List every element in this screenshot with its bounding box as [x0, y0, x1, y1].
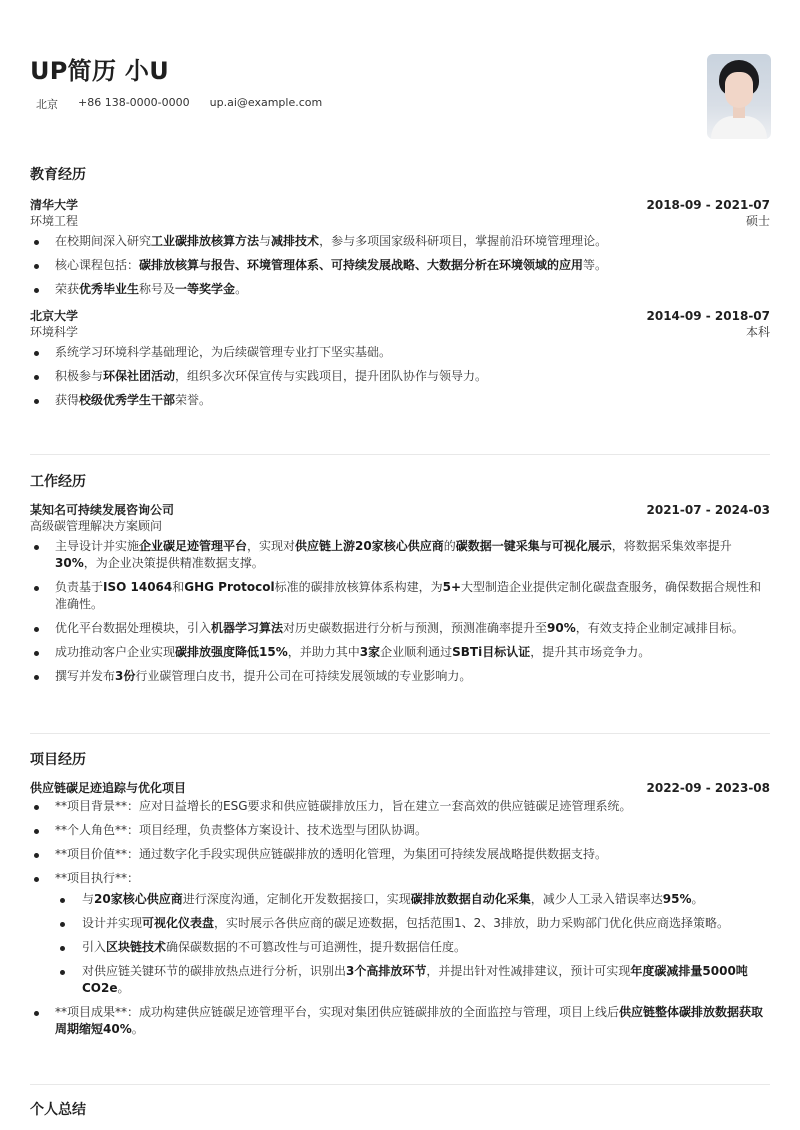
bullet-item: 成功推动客户企业实现碳排放强度降低15%，并助力其中3家企业顺利通过SBTi目标… — [30, 644, 770, 661]
location-text: 北京 — [36, 96, 58, 112]
work-section: 工作经历 某知名可持续发展咨询公司 高级碳管理解决方案顾问 2021-07 - … — [30, 472, 770, 692]
education-entry: 清华大学 环境工程 2018-09 - 2021-07 硕士 在校期间深入研究工… — [30, 197, 770, 298]
text: 优化平台数据处理模块，引入 — [55, 621, 211, 635]
text: 行业碳管理白皮书，提升公司在可持续发展领域的专业影响力。 — [135, 669, 471, 683]
project-name: 供应链碳足迹追踪与优化项目 — [30, 780, 186, 796]
text: ，将数据采集效率提升 — [612, 539, 732, 553]
projects-section: 项目经历 供应链碳足迹追踪与优化项目 2022-09 - 2023-08 **项… — [30, 750, 770, 1045]
text: ，为企业决策提供精准数据支撑。 — [84, 556, 264, 570]
text: ，实现对 — [247, 539, 295, 553]
sub-bullet-list: 与20家核心供应商进行深度沟通，定制化开发数据接口，实现碳排放数据自动化采集，减… — [55, 891, 770, 997]
bold-text: 一等奖学金 — [175, 282, 235, 296]
text: 进行深度沟通，定制化开发数据接口，实现 — [183, 892, 411, 906]
resume-page: UP简历 小U 北京 +86 138-0000-0000 up.ai@examp… — [0, 0, 800, 1130]
sub-bullet-item: 与20家核心供应商进行深度沟通，定制化开发数据接口，实现碳排放数据自动化采集，减… — [55, 891, 770, 908]
text: 和 — [172, 580, 184, 594]
text: ，提升其市场竞争力。 — [530, 645, 650, 659]
bold-text: 企业碳足迹管理平台 — [139, 539, 247, 553]
major-name: 环境科学 — [30, 324, 78, 340]
text: ，组织多次环保宣传与实践项目，提升团队协作与领导力。 — [175, 369, 487, 383]
section-title-projects: 项目经历 — [30, 750, 770, 770]
bullet-item: 在校期间深入研究工业碳排放核算方法与减排技术，参与多项国家级科研项目，掌握前沿环… — [30, 233, 770, 250]
bold-text: 碳排放强度降低15% — [175, 645, 288, 659]
text: 主导设计并实施 — [55, 539, 139, 553]
text: **项目执行**： — [55, 871, 139, 885]
bold-text: 区块链技术 — [106, 940, 166, 954]
bold-text: 5+ — [443, 580, 461, 594]
sub-bullet-item: 设计并实现可视化仪表盘，实时展示各供应商的碳足迹数据，包括范围1、2、3排放，助… — [55, 915, 770, 932]
major-name: 环境工程 — [30, 213, 78, 229]
section-divider — [30, 1084, 770, 1085]
degree-text: 本科 — [647, 324, 771, 340]
text: ，减少人工录入错误率达 — [531, 892, 663, 906]
section-title-work: 工作经历 — [30, 472, 770, 492]
text: 称号及 — [139, 282, 175, 296]
bold-text: 校级优秀学生干部 — [79, 393, 175, 407]
text: ，并提出针对性减排建议，预计可实现 — [426, 964, 630, 978]
section-divider — [30, 733, 770, 734]
bold-text: SBTi目标认证 — [452, 645, 530, 659]
bold-text: 减排技术 — [271, 234, 319, 248]
work-date: 2021-07 - 2024-03 — [647, 502, 771, 518]
text: **个人角色**：项目经理，负责整体方案设计、技术选型与团队协调。 — [55, 823, 427, 837]
bullet-list: **项目背景**：应对日益增长的ESG要求和供应链碳排放压力，旨在建立一套高效的… — [30, 798, 770, 1038]
bullet-list: 主导设计并实施企业碳足迹管理平台，实现对供应链上游20家核心供应商的碳数据一键采… — [30, 538, 770, 685]
text: ，实时展示各供应商的碳足迹数据，包括范围1、2、3排放，助力采购部门优化供应商选… — [214, 916, 729, 930]
bold-text: 环保社团活动 — [103, 369, 175, 383]
bullet-item: 荣获优秀毕业生称号及一等奖学金。 — [30, 281, 770, 298]
bullet-list: 在校期间深入研究工业碳排放核算方法与减排技术，参与多项国家级科研项目，掌握前沿环… — [30, 233, 770, 298]
bold-text: 机器学习算法 — [211, 621, 283, 635]
bullet-item: **个人角色**：项目经理，负责整体方案设计、技术选型与团队协调。 — [30, 822, 770, 839]
text: 引入 — [82, 940, 106, 954]
project-entry: 供应链碳足迹追踪与优化项目 2022-09 - 2023-08 **项目背景**… — [30, 780, 770, 1038]
bullet-item: 积极参与环保社团活动，组织多次环保宣传与实践项目，提升团队协作与领导力。 — [30, 368, 770, 385]
text: 获得 — [55, 393, 79, 407]
sub-bullet-item: 引入区块链技术确保碳数据的不可篡改性与可追溯性，提升数据信任度。 — [55, 939, 770, 956]
text: 负责基于 — [55, 580, 103, 594]
text: **项目成果**：成功构建供应链碳足迹管理平台，实现对集团供应链碳排放的全面监控… — [55, 1005, 619, 1019]
bullet-item: **项目执行**：与20家核心供应商进行深度沟通，定制化开发数据接口，实现碳排放… — [30, 870, 770, 997]
text: 与 — [259, 234, 271, 248]
project-date: 2022-09 - 2023-08 — [647, 780, 771, 796]
bullet-item: 优化平台数据处理模块，引入机器学习算法对历史碳数据进行分析与预测，预测准确率提升… — [30, 620, 770, 637]
text: 系统学习环境科学基础理论，为后续碳管理专业打下坚实基础。 — [55, 345, 391, 359]
text: 荣誉。 — [175, 393, 211, 407]
text: 积极参与 — [55, 369, 103, 383]
summary-section: 个人总结 — [30, 1100, 770, 1120]
bold-text: 3家 — [360, 645, 380, 659]
bullet-item: 撰写并发布3份行业碳管理白皮书，提升公司在可持续发展领域的专业影响力。 — [30, 668, 770, 685]
text: 对历史碳数据进行分析与预测，预测准确率提升至 — [283, 621, 547, 635]
bold-text: 碳排放核算与报告、环境管理体系、可持续发展战略、大数据分析在环境领域的应用 — [139, 258, 583, 272]
bullet-item: 负责基于ISO 14064和GHG Protocol标准的碳排放核算体系构建，为… — [30, 579, 770, 613]
bold-text: 20家核心供应商 — [94, 892, 183, 906]
text: 核心课程包括： — [55, 258, 139, 272]
section-divider — [30, 454, 770, 455]
text: ，有效支持企业制定减排目标。 — [576, 621, 744, 635]
resume-header: UP简历 小U 北京 +86 138-0000-0000 up.ai@examp… — [30, 56, 770, 112]
school-name: 北京大学 — [30, 308, 78, 324]
text: 确保碳数据的不可篡改性与可追溯性，提升数据信任度。 — [166, 940, 466, 954]
candidate-name: UP简历 小U — [30, 56, 770, 86]
bold-text: 可视化仪表盘 — [142, 916, 214, 930]
text: 撰写并发布 — [55, 669, 115, 683]
text: 。 — [118, 981, 130, 995]
contact-info: 北京 +86 138-0000-0000 up.ai@example.com — [30, 96, 770, 112]
text: 企业顺利通过 — [380, 645, 452, 659]
text: 设计并实现 — [82, 916, 142, 930]
phone-text: +86 138-0000-0000 — [78, 96, 190, 112]
text: 在校期间深入研究 — [55, 234, 151, 248]
sub-bullet-item: 对供应链关键环节的碳排放热点进行分析，识别出3个高排放环节，并提出针对性减排建议… — [55, 963, 770, 997]
bold-text: 供应链上游20家核心供应商 — [295, 539, 444, 553]
email-text: up.ai@example.com — [210, 96, 323, 112]
text: **项目价值**：通过数字化手段实现供应链碳排放的透明化管理，为集团可持续发展战… — [55, 847, 607, 861]
bullet-item: 核心课程包括：碳排放核算与报告、环境管理体系、可持续发展战略、大数据分析在环境领… — [30, 257, 770, 274]
text: 与 — [82, 892, 94, 906]
bold-text: 30% — [55, 556, 84, 570]
text: 。 — [235, 282, 247, 296]
bold-text: ISO 14064 — [103, 580, 172, 594]
profile-photo — [707, 54, 771, 139]
bullet-item: 主导设计并实施企业碳足迹管理平台，实现对供应链上游20家核心供应商的碳数据一键采… — [30, 538, 770, 572]
text: ，参与多项国家级科研项目，掌握前沿环境管理理论。 — [319, 234, 607, 248]
school-name: 清华大学 — [30, 197, 78, 213]
bold-text: 90% — [547, 621, 576, 635]
text: 成功推动客户企业实现 — [55, 645, 175, 659]
work-entry: 某知名可持续发展咨询公司 高级碳管理解决方案顾问 2021-07 - 2024-… — [30, 502, 770, 685]
bold-text: 优秀毕业生 — [79, 282, 139, 296]
bullet-list: 系统学习环境科学基础理论，为后续碳管理专业打下坚实基础。积极参与环保社团活动，组… — [30, 344, 770, 409]
photo-face-shape — [725, 72, 753, 108]
section-title-summary: 个人总结 — [30, 1100, 770, 1120]
education-date: 2014-09 - 2018-07 — [647, 308, 771, 324]
education-section: 教育经历 清华大学 环境工程 2018-09 - 2021-07 硕士 在校期间… — [30, 165, 770, 416]
bold-text: 碳数据一键采集与可视化展示 — [456, 539, 612, 553]
section-title-education: 教育经历 — [30, 165, 770, 185]
bullet-item: 系统学习环境科学基础理论，为后续碳管理专业打下坚实基础。 — [30, 344, 770, 361]
text: 。 — [692, 892, 704, 906]
bold-text: 95% — [663, 892, 692, 906]
education-entry: 北京大学 环境科学 2014-09 - 2018-07 本科 系统学习环境科学基… — [30, 308, 770, 409]
education-date: 2018-09 - 2021-07 — [647, 197, 771, 213]
bullet-item: **项目背景**：应对日益增长的ESG要求和供应链碳排放压力，旨在建立一套高效的… — [30, 798, 770, 815]
bold-text: 3个高排放环节 — [346, 964, 426, 978]
bullet-item: **项目价值**：通过数字化手段实现供应链碳排放的透明化管理，为集团可持续发展战… — [30, 846, 770, 863]
bold-text: 工业碳排放核算方法 — [151, 234, 259, 248]
text: 的 — [444, 539, 456, 553]
bold-text: 3份 — [115, 669, 135, 683]
text: ，并助力其中 — [288, 645, 360, 659]
photo-body-shape — [711, 116, 767, 139]
text: 荣获 — [55, 282, 79, 296]
text: **项目背景**：应对日益增长的ESG要求和供应链碳排放压力，旨在建立一套高效的… — [55, 799, 632, 813]
company-name: 某知名可持续发展咨询公司 — [30, 502, 174, 518]
text: 。 — [132, 1022, 144, 1036]
bullet-item: 获得校级优秀学生干部荣誉。 — [30, 392, 770, 409]
text: 标准的碳排放核算体系构建，为 — [275, 580, 443, 594]
text: 对供应链关键环节的碳排放热点进行分析，识别出 — [82, 964, 346, 978]
degree-text: 硕士 — [647, 213, 771, 229]
bold-text: 碳排放数据自动化采集 — [411, 892, 531, 906]
bold-text: GHG Protocol — [184, 580, 274, 594]
bullet-item: **项目成果**：成功构建供应链碳足迹管理平台，实现对集团供应链碳排放的全面监控… — [30, 1004, 770, 1038]
job-title: 高级碳管理解决方案顾问 — [30, 518, 174, 534]
text: 等。 — [583, 258, 607, 272]
